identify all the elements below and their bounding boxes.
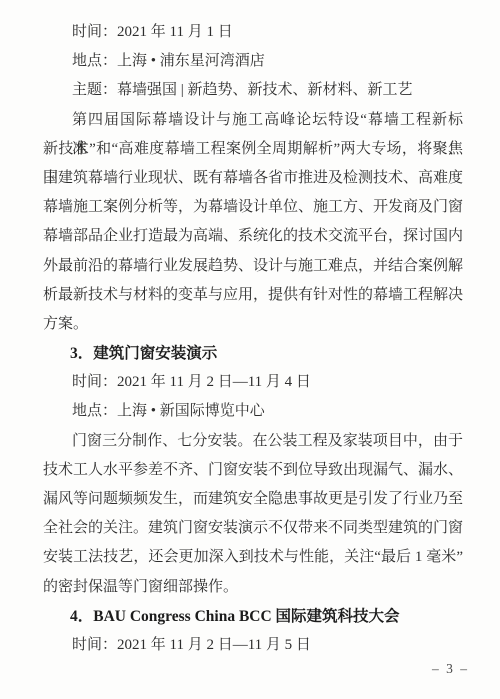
text-line: 外最前沿的幕墙行业发展趋势、设计与施工难点，并结合案例解	[43, 252, 463, 281]
text-line: 国建筑幕墙行业现状、既有幕墙各省市推进及检测技术、高难度	[43, 164, 463, 193]
text-line: 全社会的关注。建筑门窗安装演示不仅带来不同类型建筑的门窗	[43, 514, 463, 543]
text-line: 时间：2021 年 11 月 2 日—11 月 4 日	[43, 368, 463, 397]
text-line: 地点：上海 • 浦东星河湾酒店	[43, 47, 463, 76]
section-heading: 4．BAU Congress China BCC 国际建筑科技大会	[43, 602, 463, 631]
text-line: 技术工人水平参差不齐、门窗安装不到位导致出现漏气、漏水、	[43, 456, 463, 485]
section-heading: 3．建筑门窗安装演示	[43, 339, 463, 368]
text-line: 的密封保温等门窗细部操作。	[43, 573, 463, 602]
text-line: 主题：幕墙强国 | 新趋势、新技术、新材料、新工艺	[43, 76, 463, 105]
page-number: – 3 –	[432, 661, 469, 677]
text-line: 门窗三分制作、七分安装。在公装工程及家装项目中，由于	[43, 427, 463, 456]
text-line: 幕墙施工案例分析等，为幕墙设计单位、施工方、开发商及门窗	[43, 193, 463, 222]
text-line: 第四届国际幕墙设计与施工高峰论坛特设“幕墙工程新标准、	[43, 106, 463, 135]
text-line: 时间：2021 年 11 月 2 日—11 月 5 日	[43, 631, 463, 660]
text-line: 新技术”和“高难度幕墙工程案例全周期解析”两大专场，将聚焦中	[43, 135, 463, 164]
text-line: 时间：2021 年 11 月 1 日	[43, 18, 463, 47]
text-line: 幕墙部品企业打造最为高端、系统化的技术交流平台，探讨国内	[43, 222, 463, 251]
text-line: 地点：上海 • 新国际博览中心	[43, 397, 463, 426]
text-line: 漏风等问题频频发生，而建筑安全隐患事故更是引发了行业乃至	[43, 485, 463, 514]
text-line: 安装工法技艺，还会更加深入到技术与性能，关注“最后 1 毫米”	[43, 543, 463, 572]
document-body: 时间：2021 年 11 月 1 日地点：上海 • 浦东星河湾酒店主题：幕墙强国…	[43, 18, 463, 660]
text-line: 方案。	[43, 310, 463, 339]
document-page: 时间：2021 年 11 月 1 日地点：上海 • 浦东星河湾酒店主题：幕墙强国…	[0, 0, 500, 699]
text-line: 析最新技术与材料的变革与应用，提供有针对性的幕墙工程解决	[43, 281, 463, 310]
